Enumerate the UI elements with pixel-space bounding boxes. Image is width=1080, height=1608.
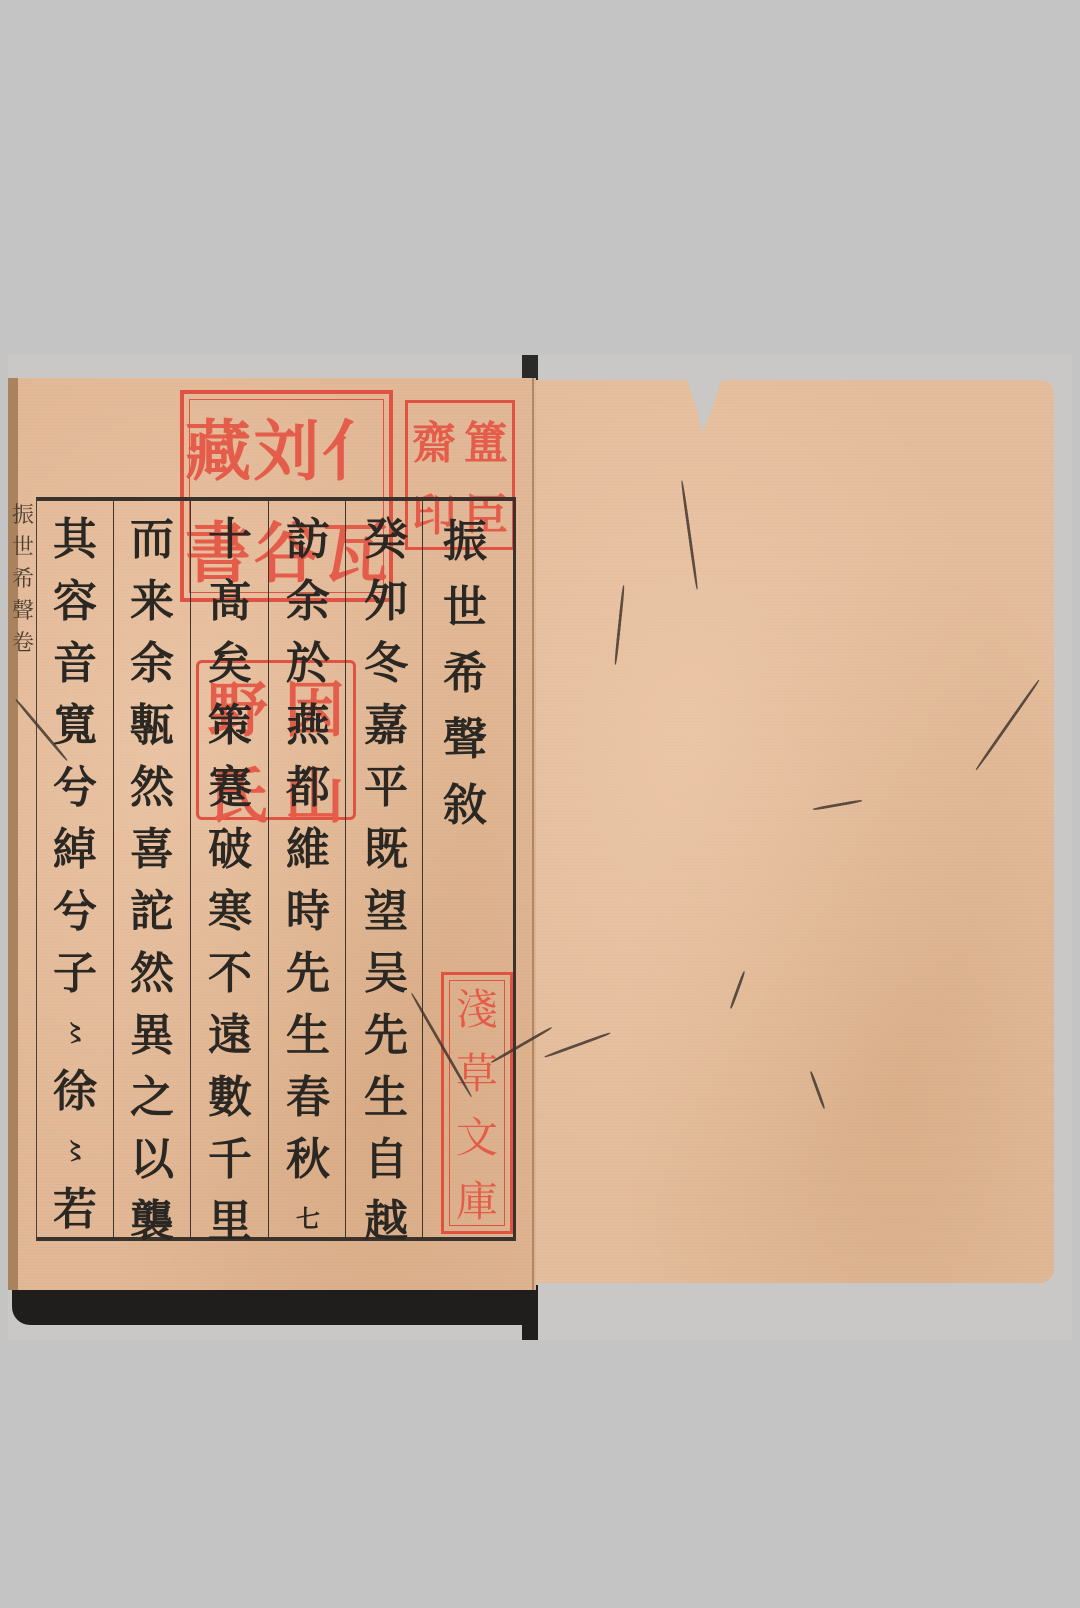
text-column-3: 十 髙 矣 策 蹇 破 寒 不 遠 數 千 里 — [195, 509, 265, 1253]
text-char: 夘 — [356, 571, 416, 633]
text-char: 於 — [278, 633, 338, 695]
text-char: 望 — [356, 881, 416, 943]
column-rule — [345, 501, 346, 1237]
title-column: 振 世 希 聲 敘 — [430, 509, 500, 839]
wormhole-mark — [809, 1071, 825, 1110]
center-fold — [532, 378, 534, 1290]
text-char: 綽 — [45, 819, 105, 881]
title-char: 聲 — [435, 707, 495, 773]
text-char: 異 — [122, 1005, 182, 1067]
text-char: 維 — [278, 819, 338, 881]
text-char: 襲 — [122, 1191, 182, 1253]
text-char: 兮 — [45, 757, 105, 819]
text-char: 而 — [122, 509, 182, 571]
title-char: 希 — [435, 641, 495, 707]
book-shadow — [12, 1285, 537, 1325]
text-char: 之 — [122, 1067, 182, 1129]
text-char: 喜 — [122, 819, 182, 881]
text-char: 策 — [200, 695, 260, 757]
text-frame: 振 世 希 聲 敘 癸 夘 冬 嘉 平 既 望 吴 先 生 自 越 訪 余 於 … — [36, 497, 516, 1241]
text-char: 生 — [278, 1005, 338, 1067]
text-char: 吴 — [356, 943, 416, 1005]
wormhole-mark — [544, 1032, 611, 1059]
title-char: 振 — [435, 509, 495, 575]
text-char: 遠 — [200, 1005, 260, 1067]
text-char: 數 — [200, 1067, 260, 1129]
wormhole-mark — [813, 799, 863, 811]
column-rule — [422, 501, 423, 1237]
iteration-mark: 〻 — [45, 1123, 105, 1179]
text-char: 蹇 — [200, 757, 260, 819]
text-char: 生 — [356, 1067, 416, 1129]
text-char: 破 — [200, 819, 260, 881]
wormhole-mark — [729, 971, 745, 1010]
text-char: 髙 — [200, 571, 260, 633]
text-char: 音 — [45, 633, 105, 695]
column-rule — [113, 501, 114, 1237]
text-char: 十 — [200, 509, 260, 571]
right-page — [536, 380, 1054, 1283]
text-char: 不 — [200, 943, 260, 1005]
text-char: 七 — [278, 1191, 338, 1247]
text-char: 甎 — [122, 695, 182, 757]
margin-char: 希 — [12, 564, 34, 596]
text-char: 越 — [356, 1191, 416, 1253]
margin-char: 卷 — [12, 628, 34, 660]
text-column-1: 癸 夘 冬 嘉 平 既 望 吴 先 生 自 越 — [351, 509, 421, 1253]
text-char: 時 — [278, 881, 338, 943]
title-char: 世 — [435, 575, 495, 641]
text-char: 燕 — [278, 695, 338, 757]
title-char: 敘 — [435, 773, 495, 839]
text-char: 徐 — [45, 1061, 105, 1123]
text-char: 千 — [200, 1129, 260, 1191]
text-char: 詑 — [122, 881, 182, 943]
text-char: 寒 — [200, 881, 260, 943]
text-char: 春 — [278, 1067, 338, 1129]
text-char: 若 — [45, 1179, 105, 1241]
text-char: 其 — [45, 509, 105, 571]
text-char: 訪 — [278, 509, 338, 571]
torn-notch — [686, 378, 722, 433]
text-char: 平 — [356, 757, 416, 819]
text-char: 然 — [122, 757, 182, 819]
column-rule — [268, 501, 269, 1237]
text-char: 先 — [356, 1005, 416, 1067]
text-char: 既 — [356, 819, 416, 881]
text-char: 子 — [45, 943, 105, 1005]
text-char: 自 — [356, 1129, 416, 1191]
margin-char: 振 — [12, 500, 34, 532]
margin-title: 振 世 希 聲 卷 — [10, 500, 36, 660]
column-rule — [190, 501, 191, 1237]
iteration-mark: 〻 — [45, 1005, 105, 1061]
text-column-4: 而 来 余 甎 然 喜 詑 然 異 之 以 襲 — [117, 509, 187, 1253]
margin-char: 聲 — [12, 596, 34, 628]
spine-shadow — [522, 355, 538, 380]
seal-char: 簠 — [460, 403, 512, 475]
text-char: 都 — [278, 757, 338, 819]
margin-char: 世 — [12, 532, 34, 564]
text-char: 冬 — [356, 633, 416, 695]
text-char: 里 — [200, 1191, 260, 1253]
text-char: 然 — [122, 943, 182, 1005]
text-char: 矣 — [200, 633, 260, 695]
wormhole-mark — [680, 480, 698, 589]
text-char: 容 — [45, 571, 105, 633]
spine-shadow-bottom — [522, 1285, 538, 1340]
wormhole-mark — [614, 585, 625, 665]
text-char: 癸 — [356, 509, 416, 571]
text-char: 秋 — [278, 1129, 338, 1191]
text-char: 余 — [122, 633, 182, 695]
text-char: 先 — [278, 943, 338, 1005]
text-column-2: 訪 余 於 燕 都 維 時 先 生 春 秋 七 — [273, 509, 343, 1247]
wormhole-mark — [975, 679, 1041, 771]
text-char: 以 — [122, 1129, 182, 1191]
seal-char: 齋 — [408, 403, 460, 475]
text-char: 嘉 — [356, 695, 416, 757]
text-char: 余 — [278, 571, 338, 633]
text-char: 兮 — [45, 881, 105, 943]
text-char: 来 — [122, 571, 182, 633]
text-column-5: 其 容 音 寬 兮 綽 兮 子 〻 徐 〻 若 — [40, 509, 110, 1241]
